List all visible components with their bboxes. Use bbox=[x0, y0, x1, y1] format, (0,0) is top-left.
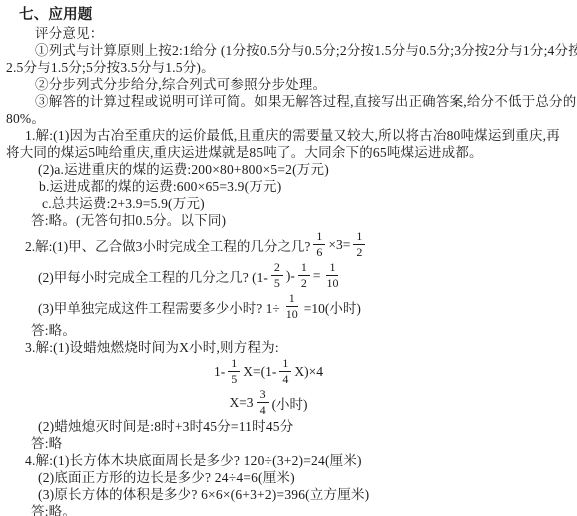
problem2-step-3: (3)甲单独完成这件工程需要多少小时? 1÷ 110 =10(小时) bbox=[38, 291, 571, 322]
problem1-solution-line-2: 将大同的煤运5吨给重庆,重庆运进煤就是85吨了。大同余下的65吨煤运进成都。 bbox=[6, 144, 571, 161]
equation2-pre: X=3 bbox=[229, 395, 253, 411]
problem1-step-c: c.总共运费:2+3.9=5.9(万元) bbox=[42, 195, 571, 212]
grading-rule-2: ②分步列式分步给分,综合列式可参照分步处理。 bbox=[35, 76, 571, 93]
section-title: 七、应用题 bbox=[19, 6, 571, 25]
problem2-step3-result: =10(小时) bbox=[304, 297, 361, 317]
fraction: 34 bbox=[257, 388, 269, 417]
problem3-equation-1: 1- 15 X=(1- 14 X)×4 bbox=[6, 356, 531, 387]
problem4-answer: 答:略。 bbox=[31, 503, 571, 516]
equation1-mid: X=(1- bbox=[243, 364, 276, 380]
problem4-step-3: (3)原长方体的体积是多少? 6×6×(6+3+2)=396(立方厘米) bbox=[38, 486, 571, 503]
fraction: 110 bbox=[283, 292, 301, 321]
equation1-pre: 1- bbox=[214, 364, 225, 380]
grading-rule-3-line-2: 80%。 bbox=[6, 110, 571, 127]
fraction: 110 bbox=[323, 261, 341, 290]
problem2-step2-operator-2: = bbox=[313, 268, 321, 284]
problem2-answer: 答:略。 bbox=[31, 322, 571, 339]
problem1-solution-line-1: 1.解:(1)因为古冶至重庆的运价最低,且重庆的需要量又较大,所以将古冶80吨煤… bbox=[25, 127, 571, 144]
fraction: 12 bbox=[353, 230, 365, 259]
grading-rule-1-line-1: ①列式与计算原则上按2:1给分 (1分按0.5分与0.5分;2分按1.5分与0.… bbox=[35, 42, 571, 59]
problem2-step3-text: (3)甲单独完成这件工程需要多少小时? 1÷ bbox=[38, 297, 280, 317]
equation1-tail: X)×4 bbox=[294, 364, 323, 380]
answer-key-document: 七、应用题 评分意见： ①列式与计算原则上按2:1给分 (1分按0.5分与0.5… bbox=[0, 0, 577, 516]
fraction: 15 bbox=[228, 357, 240, 386]
problem4-step-1: 4.解:(1)长方体木块底面周长是多少? 120÷(3+2)=24(厘米) bbox=[25, 452, 571, 469]
problem2-step2-text: (2)甲每小时完成全工程的几分之几? (1- bbox=[38, 266, 268, 286]
fraction: 25 bbox=[271, 261, 283, 290]
grading-heading: 评分意见： bbox=[35, 25, 571, 42]
grading-rule-3-line-1: ③解答的计算过程或说明可详可简。如果无解答过程,直接写出正确答案,给分不低于总分… bbox=[35, 93, 571, 110]
problem2-step1-text: 2.解:(1)甲、乙合做3小时完成全工程的几分之几? bbox=[25, 235, 310, 255]
problem2-step1-operator: ×3= bbox=[328, 237, 350, 253]
problem1-step-a: (2)a.运进重庆的煤的运费:200×80+800×5=2(万元) bbox=[38, 161, 571, 178]
problem4-step-2: (2)底面正方形的边长是多少? 24÷4=6(厘米) bbox=[38, 469, 571, 486]
problem1-answer: 答:略。(无答句扣0.5分。以下同) bbox=[31, 212, 571, 229]
problem3-equation-2: X=3 34 (小时) bbox=[6, 387, 531, 418]
fraction: 12 bbox=[298, 261, 310, 290]
problem2-step2-operator-1: )- bbox=[286, 268, 295, 284]
problem3-step-2: (2)蜡烛熄灭时间是:8时+3时45分=11时45分 bbox=[38, 418, 571, 435]
equation2-tail: (小时) bbox=[272, 393, 308, 413]
problem2-step-1: 2.解:(1)甲、乙合做3小时完成全工程的几分之几? 16 ×3= 12 bbox=[25, 229, 571, 260]
fraction: 16 bbox=[313, 230, 325, 259]
problem2-step-2: (2)甲每小时完成全工程的几分之几? (1- 25 )- 12 = 110 bbox=[38, 260, 571, 291]
fraction: 14 bbox=[279, 357, 291, 386]
problem3-answer: 答:略 bbox=[31, 435, 571, 452]
grading-rule-1-line-2: 2.5分与1.5分;5分按3.5分与1.5分)。 bbox=[6, 59, 571, 76]
problem1-step-b: b.运进成都的煤的运费:600×65=3.9(万元) bbox=[39, 178, 571, 195]
problem3-intro: 3.解:(1)设蜡烛燃烧时间为X小时,则方程为: bbox=[25, 339, 571, 356]
